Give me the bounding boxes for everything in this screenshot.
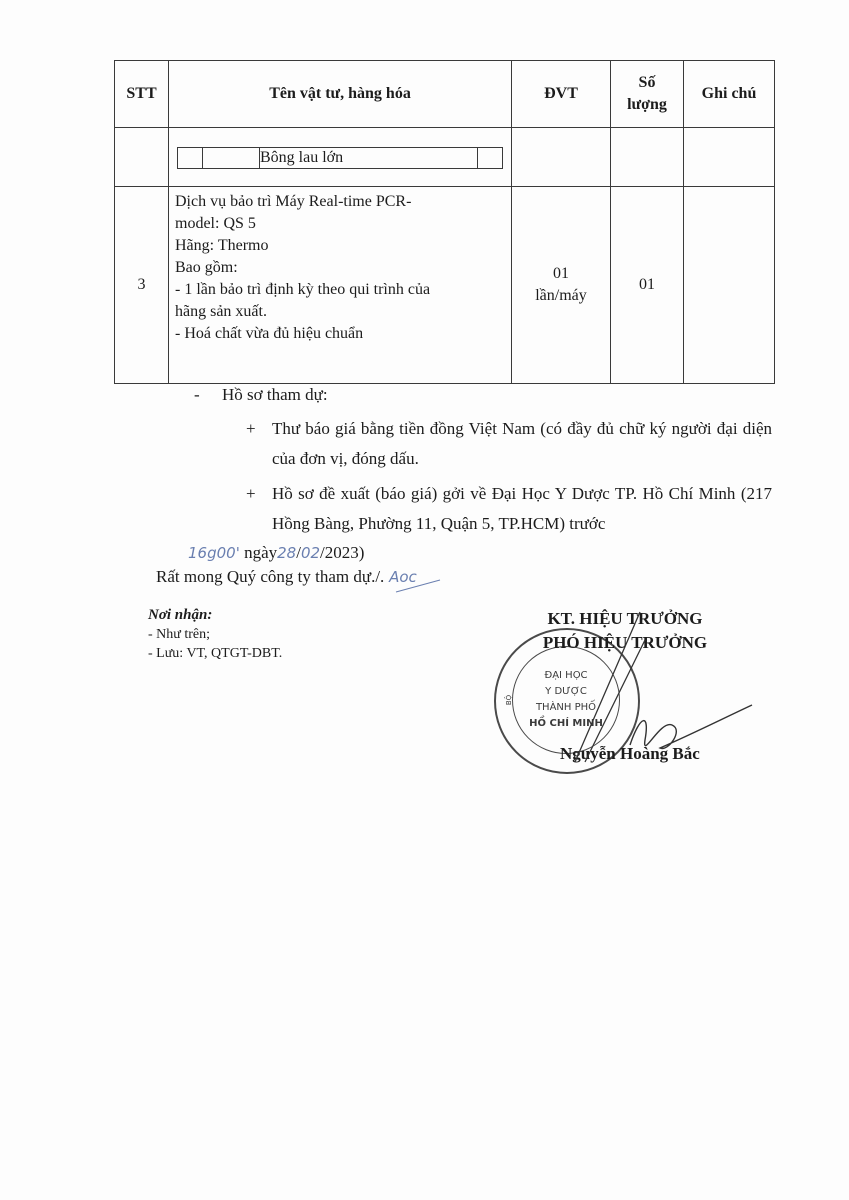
dvt-line: lần/máy — [512, 285, 610, 307]
table-row: 3 Dịch vụ bảo trì Máy Real-time PCR- mod… — [115, 187, 775, 384]
initials-scribble: Aoc — [384, 568, 416, 586]
name-line: hãng sản xuất. — [175, 301, 505, 323]
dvt-line: 01 — [512, 263, 610, 285]
signature-title-line1: KT. HIỆU TRƯỞNG — [510, 607, 740, 631]
header-note: Ghi chú — [684, 61, 775, 128]
header-quantity: Số lượng — [611, 61, 684, 128]
stamp-inner-ring: ĐẠI HỌC Y DƯỢC THÀNH PHỐ HỒ CHÍ MINH — [512, 646, 620, 754]
recipient-line: - Lưu: VT, QTGT-DBT. — [148, 644, 282, 663]
inner-cell — [178, 148, 203, 169]
table-row: Bông lau lớn — [115, 128, 775, 187]
recipients-label: Nơi nhận: — [148, 606, 282, 625]
cell-quantity: 01 — [611, 187, 684, 384]
items-table: STT Tên vật tư, hàng hóa ĐVT Số lượng Gh… — [114, 60, 775, 384]
submission-heading: Hồ sơ tham dự: — [222, 380, 328, 410]
name-line: model: QS 5 — [175, 213, 505, 235]
stamp-line: HỒ CHÍ MINH — [529, 716, 603, 732]
recipients-block: Nơi nhận: - Như trên; - Lưu: VT, QTGT-DB… — [148, 606, 282, 663]
name-line: Dịch vụ bảo trì Máy Real-time PCR- — [175, 191, 505, 213]
recipient-line: - Như trên; — [148, 625, 282, 644]
cell-name: Bông lau lớn — [169, 128, 512, 187]
date-prefix: ngày — [244, 543, 277, 562]
date-suffix: /2023) — [320, 543, 364, 562]
document-page: STT Tên vật tư, hàng hóa ĐVT Số lượng Gh… — [0, 0, 849, 1200]
plus-bullet: + — [246, 479, 256, 509]
cell-note — [684, 128, 775, 187]
table-header-row: STT Tên vật tư, hàng hóa ĐVT Số lượng Gh… — [115, 61, 775, 128]
header-quantity-line2: lượng — [611, 94, 683, 116]
cell-quantity — [611, 128, 684, 187]
dash-bullet: - — [194, 380, 200, 410]
cell-dvt — [512, 128, 611, 187]
name-line: Hãng: Thermo — [175, 235, 505, 257]
inner-table: Bông lau lớn — [177, 147, 503, 169]
name-line: Bao gồm: — [175, 257, 505, 279]
cell-stt — [115, 128, 169, 187]
name-line: - Hoá chất vừa đủ hiệu chuẩn — [175, 323, 505, 345]
cell-name: Dịch vụ bảo trì Máy Real-time PCR- model… — [169, 187, 512, 384]
header-stt: STT — [115, 61, 169, 128]
closing-text: Rất mong Quý công ty tham dự./. Aoc — [156, 562, 417, 592]
header-quantity-line1: Số — [611, 72, 683, 94]
submission-item-1: Thư báo giá bằng tiền đồng Việt Nam (có … — [272, 414, 772, 474]
handwritten-day: 28 — [277, 544, 296, 562]
cell-note — [684, 187, 775, 384]
header-name: Tên vật tư, hàng hóa — [169, 61, 512, 128]
plus-bullet: + — [246, 414, 256, 444]
stamp-line: Y DƯỢC — [545, 684, 587, 700]
signature-title: KT. HIỆU TRƯỞNG PHÓ HIỆU TRƯỞNG — [510, 607, 740, 655]
cell-stt: 3 — [115, 187, 169, 384]
signer-name: Nguyễn Hoàng Bắc — [560, 744, 700, 764]
inner-cell — [203, 148, 260, 169]
signature-title-line2: PHÓ HIỆU TRƯỞNG — [510, 631, 740, 655]
stamp-line: ĐẠI HỌC — [544, 668, 587, 684]
submission-item-2: Hồ sơ đề xuất (báo giá) gởi về Đại Học Y… — [272, 479, 772, 539]
handwritten-time: 16g00' — [188, 544, 240, 562]
stamp-line: THÀNH PHỐ — [536, 700, 596, 716]
handwritten-month: 02 — [301, 544, 320, 562]
header-dvt: ĐVT — [512, 61, 611, 128]
inner-cell — [478, 148, 503, 169]
cell-dvt: 01 lần/máy — [512, 187, 611, 384]
inner-cell-item: Bông lau lớn — [260, 148, 478, 169]
name-line: - 1 lần bảo trì định kỳ theo qui trình c… — [175, 279, 505, 301]
closing-sentence: Rất mong Quý công ty tham dự./. — [156, 567, 384, 586]
